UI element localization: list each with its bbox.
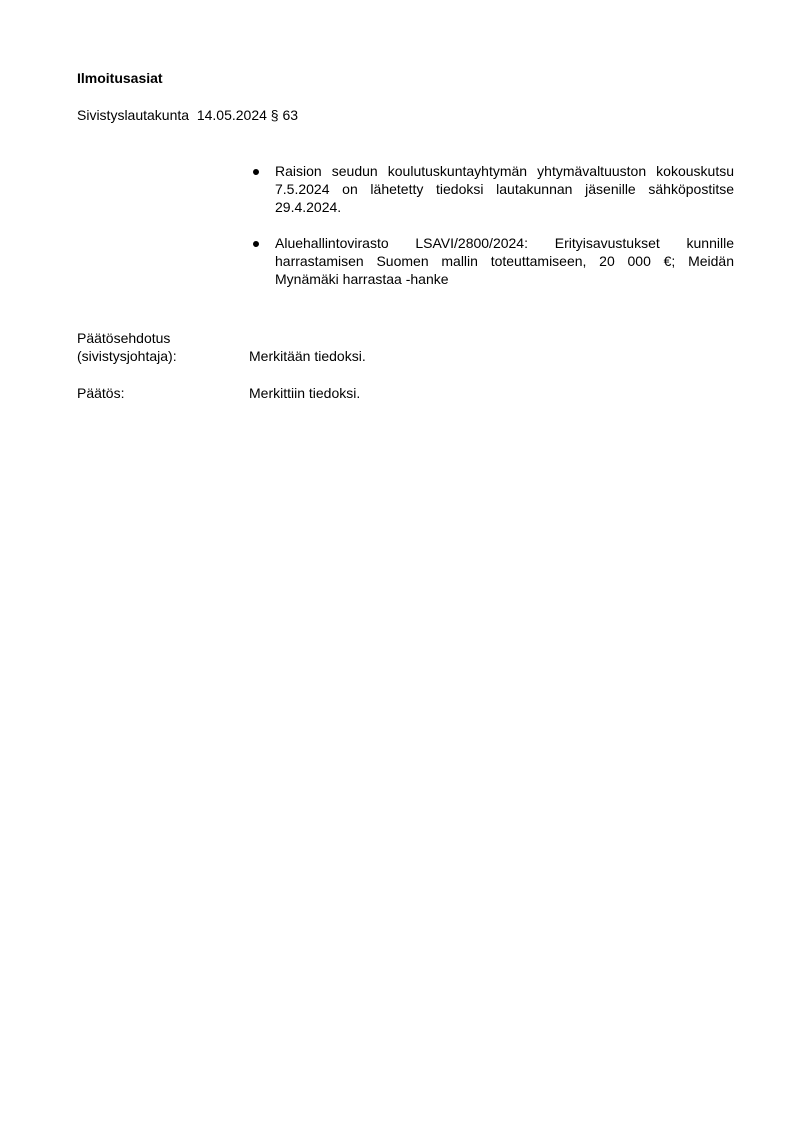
list-item-text: Aluehallintovirasto LSAVI/2800/2024: Eri… bbox=[275, 235, 734, 287]
section-heading: Ilmoitusasiat bbox=[77, 69, 163, 87]
bullet-icon bbox=[253, 169, 259, 175]
list-item-text: Raision seudun koulutuskuntayhtymän yhty… bbox=[275, 163, 734, 215]
proposal-label-line2: (sivistysjohtaja): bbox=[77, 347, 249, 365]
decision-row: Päätös:Merkittiin tiedoksi. bbox=[77, 384, 360, 402]
document-page: Ilmoitusasiat Sivistyslautakunta 14.05.2… bbox=[0, 0, 794, 1122]
proposal-row: (sivistysjohtaja):Merkitään tiedoksi. bbox=[77, 347, 366, 365]
decision-value: Merkittiin tiedoksi. bbox=[249, 384, 360, 402]
meeting-reference: Sivistyslautakunta 14.05.2024 § 63 bbox=[77, 106, 298, 124]
notice-list: Raision seudun koulutuskuntayhtymän yhty… bbox=[250, 162, 734, 306]
proposal-label-line1: Päätösehdotus bbox=[77, 329, 170, 347]
proposal-value: Merkitään tiedoksi. bbox=[249, 347, 366, 365]
list-item: Raision seudun koulutuskuntayhtymän yhty… bbox=[250, 162, 734, 216]
bullet-icon bbox=[253, 241, 259, 247]
decision-label: Päätös: bbox=[77, 384, 249, 402]
list-item: Aluehallintovirasto LSAVI/2800/2024: Eri… bbox=[250, 234, 734, 288]
